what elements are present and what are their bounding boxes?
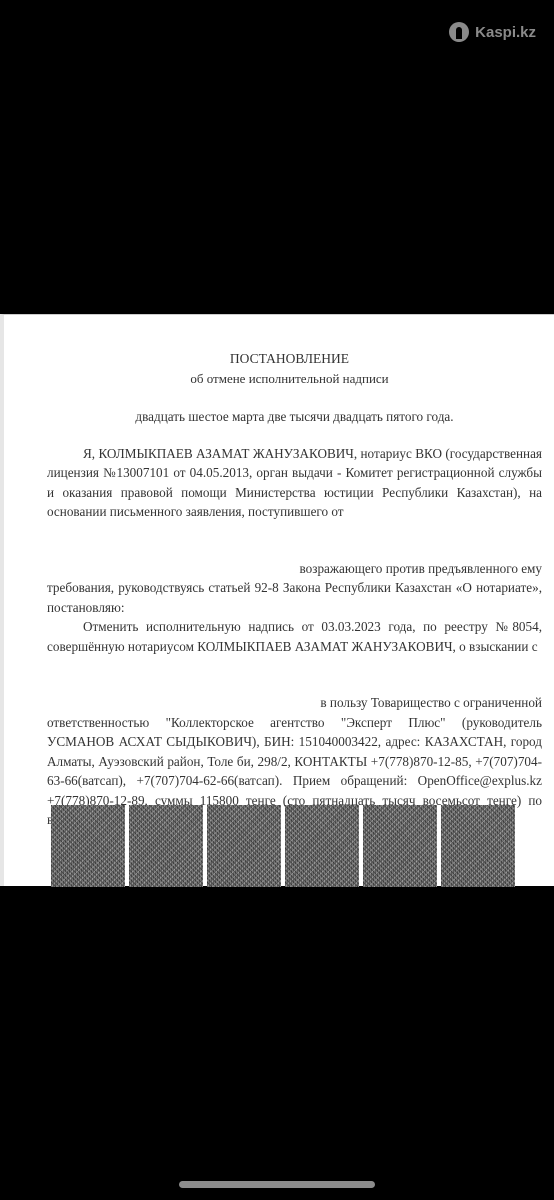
paragraph-creditor-start: в пользу Товарищество с ограниченной	[47, 693, 542, 713]
document-subtitle: об отмене исполнительной надписи	[37, 369, 542, 389]
redacted-block	[441, 805, 515, 887]
redacted-debtor-gap	[47, 656, 542, 693]
paragraph-objection-start: возражающего против предъявленного ему	[47, 559, 542, 579]
redacted-name-gap	[47, 522, 542, 559]
redacted-block	[129, 805, 203, 887]
paragraph-objection: требования, руководствуясь статьей 92-8 …	[47, 578, 542, 617]
paragraph-resolution: Отменить исполнительную надпись от 03.03…	[47, 617, 542, 656]
kaspi-watermark: Kaspi.kz	[449, 22, 536, 42]
paragraph-notary: Я, КОЛМЫКПАЕВ АЗАМАТ ЖАНУЗАКОВИЧ, нотари…	[47, 444, 542, 522]
kaspi-logo-icon	[449, 22, 469, 42]
document-image: ПОСТАНОВЛЕНИЕ об отмене исполнительной н…	[0, 314, 554, 886]
redacted-area	[51, 805, 515, 887]
redacted-block	[207, 805, 281, 887]
watermark-brand: Kaspi.kz	[475, 24, 536, 41]
document-date: двадцать шестое марта две тысячи двадцат…	[47, 407, 542, 427]
redacted-block	[51, 805, 125, 887]
document-title: ПОСТАНОВЛЕНИЕ	[37, 349, 542, 369]
redacted-block	[363, 805, 437, 887]
redacted-block	[285, 805, 359, 887]
home-indicator[interactable]	[179, 1181, 375, 1188]
